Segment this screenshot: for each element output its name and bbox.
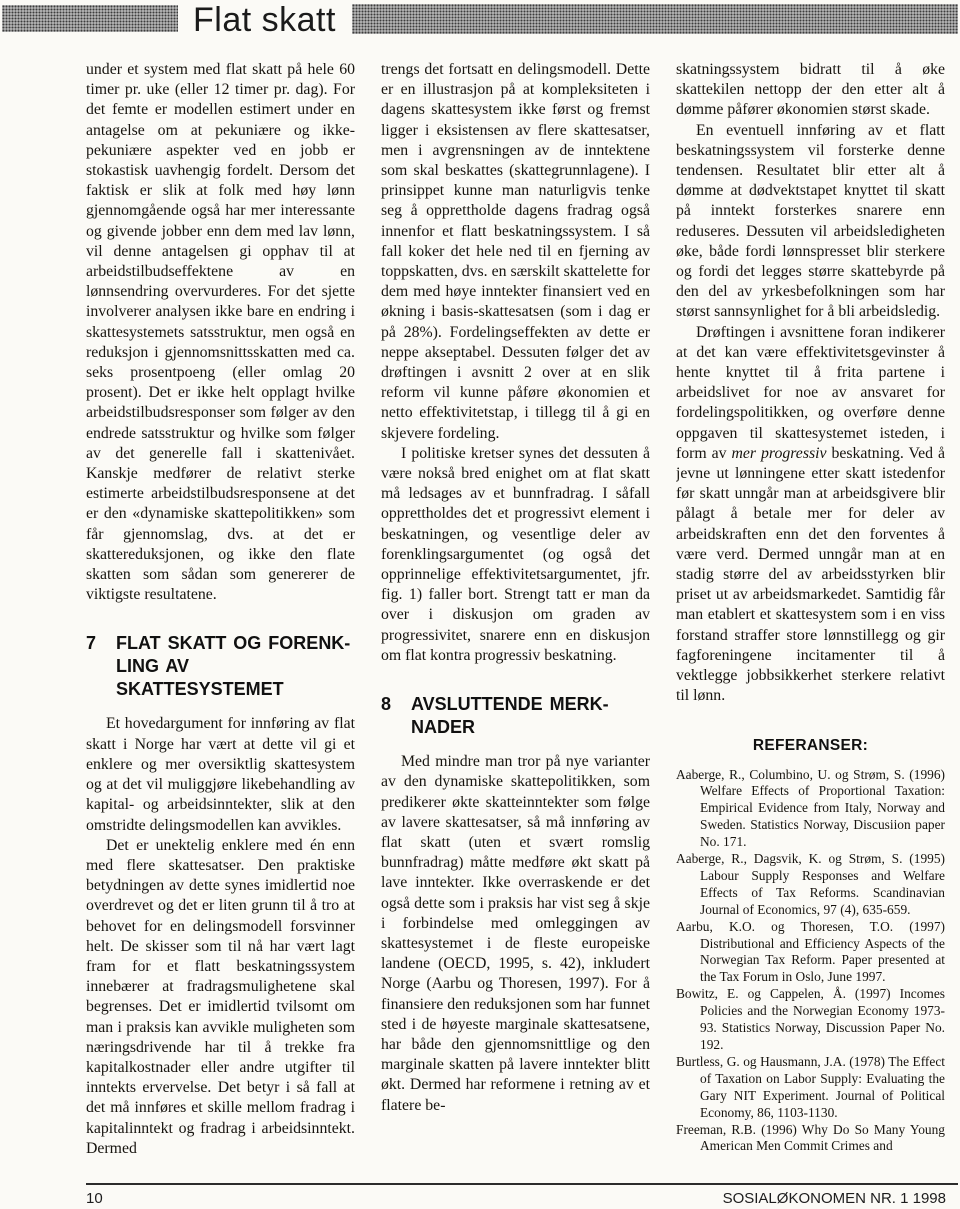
section-title: FLAT SKATT OG FORENK-LING AV SKATTESYSTE… — [116, 632, 355, 701]
page-title: Flat skatt — [193, 1, 349, 43]
paragraph: En eventuell innføring av et flatt beska… — [676, 121, 945, 323]
reference-entry: Aarbu, K.O. og Thoresen, T.O. (1997) Dis… — [676, 919, 945, 987]
paragraph: I politiske kretser synes det dessuten å… — [381, 444, 650, 666]
paragraph: skatningssystem bidratt til å øke skatte… — [676, 60, 945, 121]
section-heading: 8AVSLUTTENDE MERK-NADER — [381, 693, 650, 739]
reference-entry: Bowitz, E. og Cappelen, Å. (1997) Income… — [676, 986, 945, 1054]
text-run: beskatning. Ved å jevne ut lønningene et… — [676, 445, 945, 704]
references-heading: REFERANSER: — [676, 737, 945, 755]
paragraph: Et hovedargument for innføring av flat s… — [86, 714, 355, 835]
article-columns: under et system med flat skatt på hele 6… — [86, 60, 945, 1180]
section-heading: 7FLAT SKATT OG FORENK-LING AV SKATTESYST… — [86, 632, 355, 701]
section-number: 7 — [86, 632, 116, 701]
reference-entry: Freeman, R.B. (1996) Why Do So Many Youn… — [676, 1122, 945, 1156]
column-1: under et system med flat skatt på hele 6… — [86, 60, 355, 1180]
footer-rule — [86, 1183, 958, 1185]
page-footer: 10 SOSIALØKONOMEN NR. 1 1998 — [86, 1190, 946, 1207]
text-run: Et hovedargument for innføring av flat s… — [86, 715, 355, 833]
section-number: 8 — [381, 693, 411, 739]
journal-name: SOSIALØKONOMEN NR. 1 1998 — [723, 1190, 946, 1207]
page-number: 10 — [86, 1190, 103, 1207]
section-title: AVSLUTTENDE MERK-NADER — [411, 693, 650, 739]
halftone-bar-right — [352, 4, 958, 34]
reference-entry: Burtless, G. og Hausmann, J.A. (1978) Th… — [676, 1054, 945, 1122]
journal-page: Flat skatt under et system med flat skat… — [0, 0, 960, 1209]
text-run: Med mindre man tror på nye varianter av … — [381, 753, 650, 1113]
italic-text: mer progressiv — [731, 445, 826, 462]
reference-entry: Aaberge, R., Columbino, U. og Strøm, S. … — [676, 767, 945, 852]
text-run: trengs det fortsatt en delingsmodell. De… — [381, 61, 650, 442]
paragraph: Drøftingen i avsnittene foran indikerer … — [676, 323, 945, 707]
paragraph: Det er unektelig enklere med én enn med … — [86, 836, 355, 1159]
halftone-bar-left — [2, 5, 178, 32]
paragraph: trengs det fortsatt en delingsmodell. De… — [381, 60, 650, 444]
text-run: Drøftingen i avsnittene foran indikerer … — [676, 324, 945, 462]
column-2: trengs det fortsatt en delingsmodell. De… — [381, 60, 650, 1180]
text-run: Det er unektelig enklere med én enn med … — [86, 837, 355, 1157]
reference-entry: Aaberge, R., Dagsvik, K. og Strøm, S. (1… — [676, 851, 945, 919]
text-run: I politiske kretser synes det dessuten å… — [381, 445, 650, 664]
text-run: En eventuell innføring av et flatt beska… — [676, 122, 945, 321]
paragraph: under et system med flat skatt på hele 6… — [86, 60, 355, 605]
text-run: skatningssystem bidratt til å øke skatte… — [676, 61, 945, 118]
column-3: skatningssystem bidratt til å øke skatte… — [676, 60, 945, 1180]
paragraph: Med mindre man tror på nye varianter av … — [381, 752, 650, 1116]
text-run: under et system med flat skatt på hele 6… — [86, 61, 355, 603]
